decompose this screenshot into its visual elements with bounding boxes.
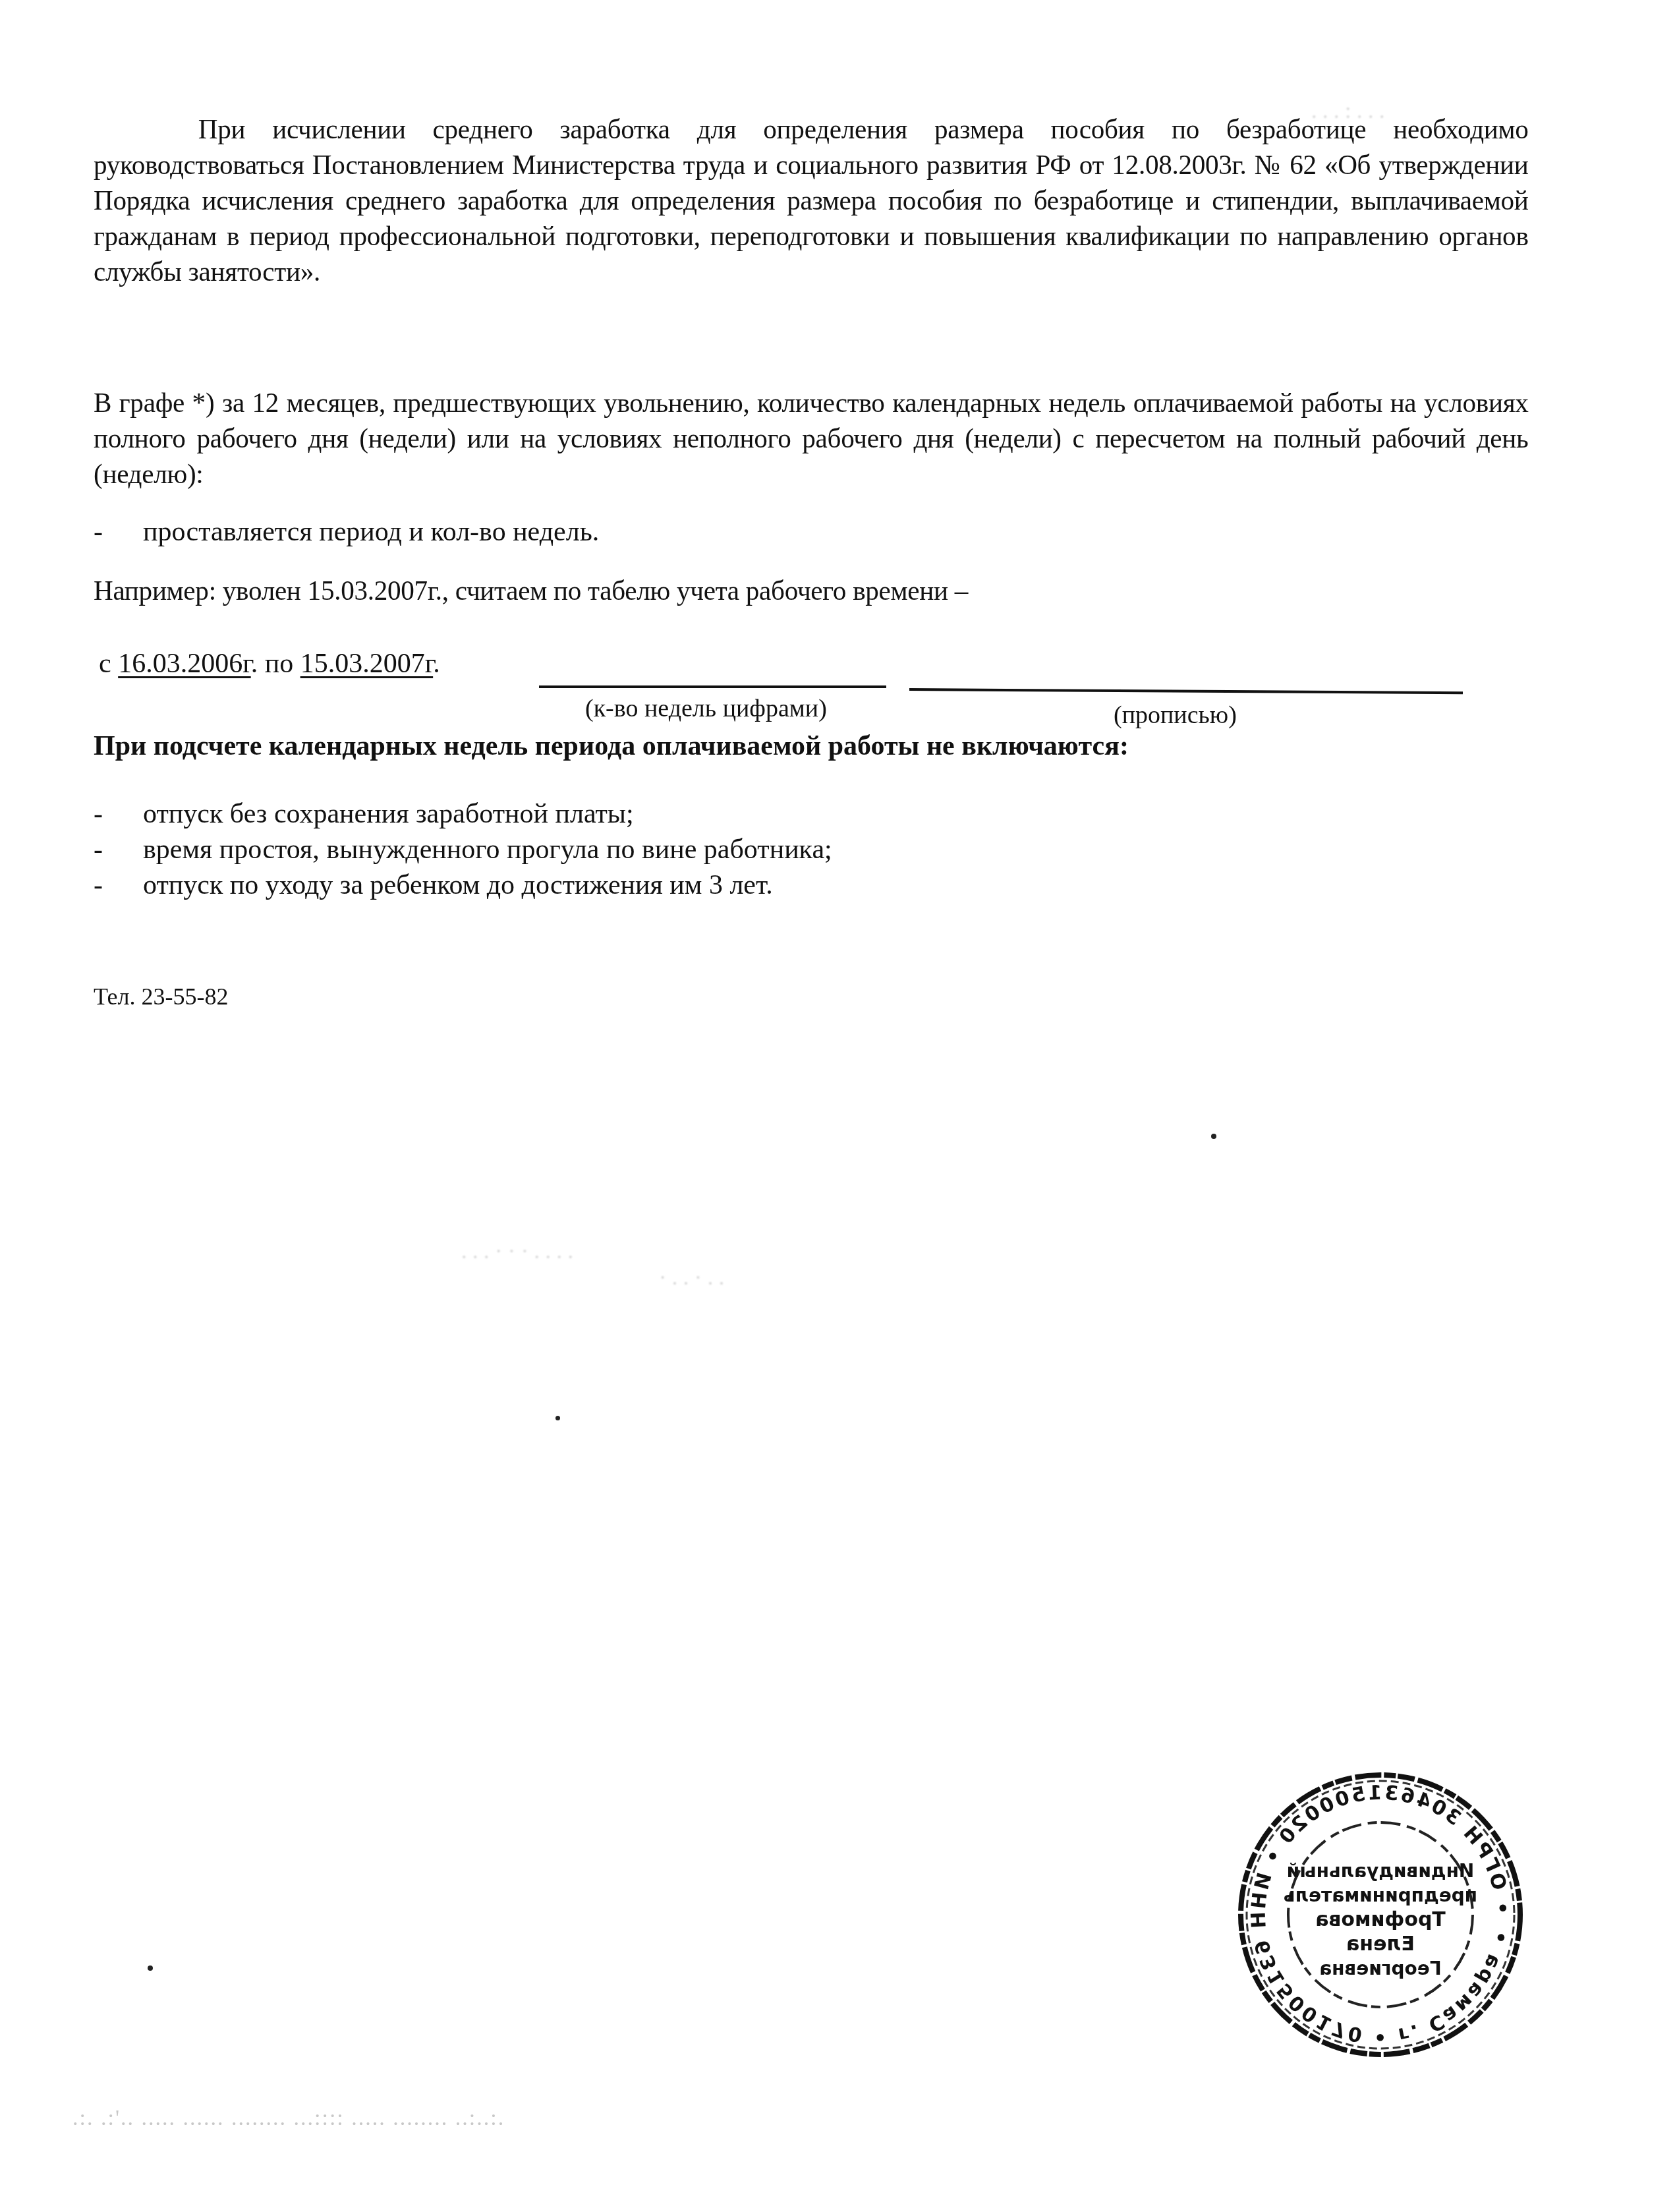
svg-text:Индивидуальный: Индивидуальный — [1287, 1860, 1475, 1882]
weeks-words-caption: (прописью) — [1114, 700, 1237, 730]
list-item-text: отпуск по уходу за ребенком до достижени… — [143, 870, 773, 900]
svg-text:Елена: Елена — [1346, 1933, 1415, 1956]
period-mid: . по — [251, 649, 293, 679]
round-seal-stamp: • ОГРН 304631500020 • ИНН 631500170 • г.… — [1232, 1766, 1529, 2063]
period-from-date: 16.03.2006г — [118, 649, 251, 679]
dash-bullet-icon: - — [94, 867, 103, 903]
print-through-fragment: · . . · . . — [659, 1266, 724, 1291]
excluded-periods-list: - отпуск без сохранения заработной платы… — [94, 796, 832, 903]
period-bullet-list: - проставляется период и кол-во недель. — [94, 514, 599, 550]
svg-text:Георгиевна: Георгиевна — [1319, 1958, 1441, 1979]
print-through-fragment: . . . : . . . — [1311, 99, 1384, 124]
excluded-periods-heading: При подсчете календарных недель периода … — [94, 728, 1129, 764]
scanned-document-page: При исчислении среднего заработка для оп… — [0, 0, 1675, 2212]
list-item-text: проставляется период и кол-во недель. — [143, 517, 599, 547]
dash-bullet-icon: - — [94, 514, 103, 550]
list-item-text: отпуск без сохранения заработной платы; — [143, 799, 634, 829]
stamp-icon: • ОГРН 304631500020 • ИНН 631500170 • г.… — [1232, 1766, 1529, 2063]
scan-speck — [148, 1965, 153, 1971]
dash-bullet-icon: - — [94, 796, 103, 832]
weeks-count-words-field — [909, 688, 1463, 694]
period-row: с 16.03.2006г. по 15.03.2007г. — [99, 646, 440, 682]
faint-footer-print-through: .:. .:'.. ..... ...... ........ ...:::: … — [72, 2106, 1588, 2131]
intro-paragraph: При исчислении среднего заработка для оп… — [94, 112, 1529, 290]
list-item: - отпуск по уходу за ребенком до достиже… — [94, 867, 832, 903]
svg-text:предприниматель: предприниматель — [1284, 1884, 1477, 1906]
list-item: - время простоя, вынужденного прогула по… — [94, 832, 832, 867]
scan-speck — [555, 1416, 560, 1420]
example-sentence: Например: уволен 15.03.2007г., считаем п… — [94, 573, 1529, 609]
period-to-date: 15.03.2007г — [300, 649, 434, 679]
print-through-fragment: . . . · · · . . . . — [461, 1239, 573, 1264]
list-item: - проставляется период и кол-во недель. — [94, 514, 599, 550]
list-item-text: время простоя, вынужденного прогула по в… — [143, 834, 832, 865]
weeks-digits-caption: (к-во недель цифрами) — [585, 693, 827, 724]
svg-text:Трофимова: Трофимова — [1315, 1908, 1446, 1931]
period-suffix: . — [433, 649, 440, 679]
list-item: - отпуск без сохранения заработной платы… — [94, 796, 832, 832]
period-prefix: с — [99, 649, 111, 679]
scan-speck — [1211, 1134, 1216, 1139]
contact-phone: Тел. 23-55-82 — [94, 982, 229, 1011]
dash-bullet-icon: - — [94, 832, 103, 867]
column-note-paragraph: В графе *) за 12 месяцев, предшествующих… — [94, 386, 1529, 492]
weeks-count-digits-field — [539, 685, 886, 688]
